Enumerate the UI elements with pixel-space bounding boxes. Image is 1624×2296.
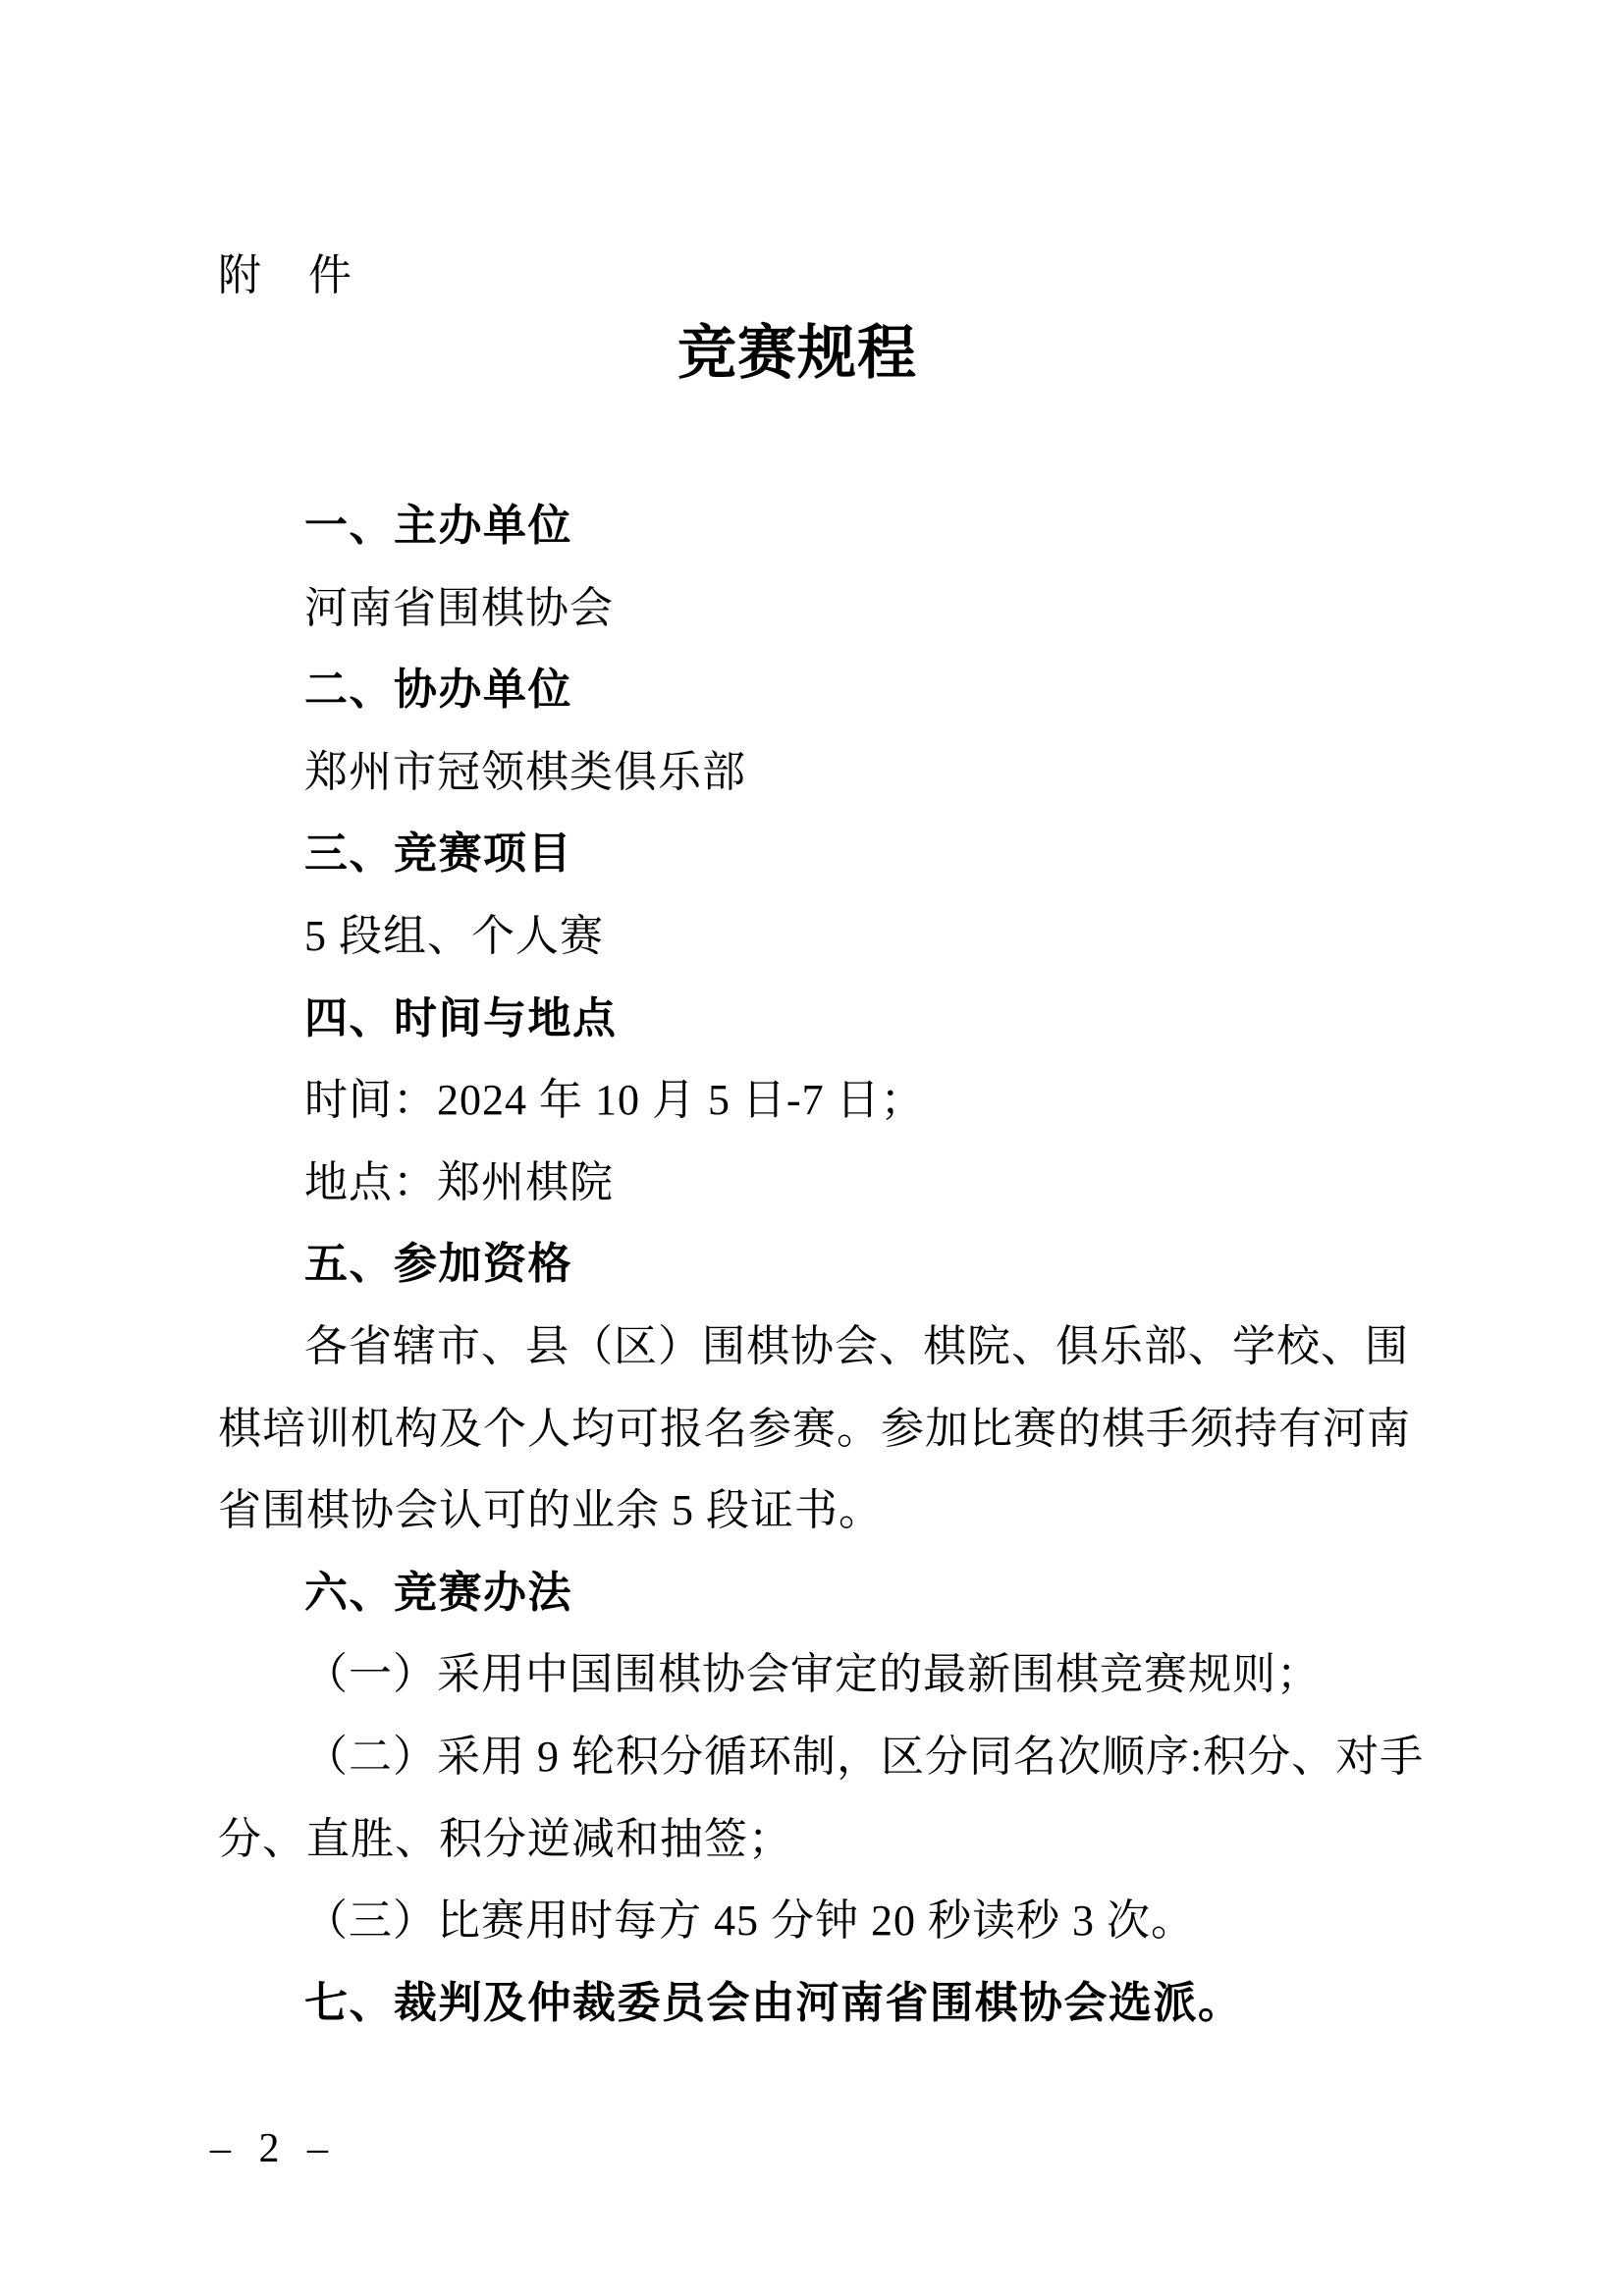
eligibility-text-line-1: 各省辖市、县（区）围棋协会、棋院、俱乐部、学校、围 — [218, 1306, 1412, 1388]
format-rule-1: （一）采用中国围棋协会审定的最新围棋竞赛规则； — [218, 1633, 1412, 1716]
doc-title: 竞赛规程 — [218, 322, 1377, 384]
document-body: 一、主办单位 河南省围棋协会 二、协办单位 郑州市冠领棋类俱乐部 三、竞赛项目 … — [218, 485, 1412, 2044]
format-rule-2-line-1: （二）采用 9 轮积分循环制，区分同名次顺序:积分、对手 — [218, 1716, 1412, 1798]
events-text: 5 段组、个人赛 — [218, 895, 1412, 978]
format-rule-2-line-2: 分、直胜、积分逆减和抽签； — [218, 1798, 1412, 1881]
co-organizer-name: 郑州市冠领棋类俱乐部 — [218, 731, 1412, 814]
section-heading-time-venue: 四、时间与地点 — [218, 978, 1412, 1060]
venue-text: 地点：郑州棋院 — [218, 1142, 1412, 1224]
time-text: 时间：2024 年 10 月 5 日-7 日； — [218, 1059, 1412, 1142]
attachment-label: 附 件 — [218, 254, 353, 297]
section-heading-format: 六、竞赛办法 — [218, 1552, 1412, 1634]
document-page: 附 件 竞赛规程 一、主办单位 河南省围棋协会 二、协办单位 郑州市冠领棋类俱乐… — [0, 0, 1624, 2296]
section-heading-co-organizer: 二、协办单位 — [218, 649, 1412, 731]
organizer-name: 河南省围棋协会 — [218, 567, 1412, 650]
page-number: – 2 – — [210, 2128, 332, 2169]
section-heading-referee: 七、裁判及仲裁委员会由河南省围棋协会选派。 — [218, 1962, 1412, 2045]
section-heading-events: 三、竞赛项目 — [218, 813, 1412, 895]
eligibility-text-line-3: 省围棋协会认可的业余 5 段证书。 — [218, 1469, 1412, 1552]
section-heading-eligibility: 五、参加资格 — [218, 1223, 1412, 1306]
section-heading-organizer: 一、主办单位 — [218, 485, 1412, 567]
format-rule-3: （三）比赛用时每方 45 分钟 20 秒读秒 3 次。 — [218, 1880, 1412, 1962]
eligibility-text-line-2: 棋培训机构及个人均可报名参赛。参加比赛的棋手须持有河南 — [218, 1388, 1412, 1470]
